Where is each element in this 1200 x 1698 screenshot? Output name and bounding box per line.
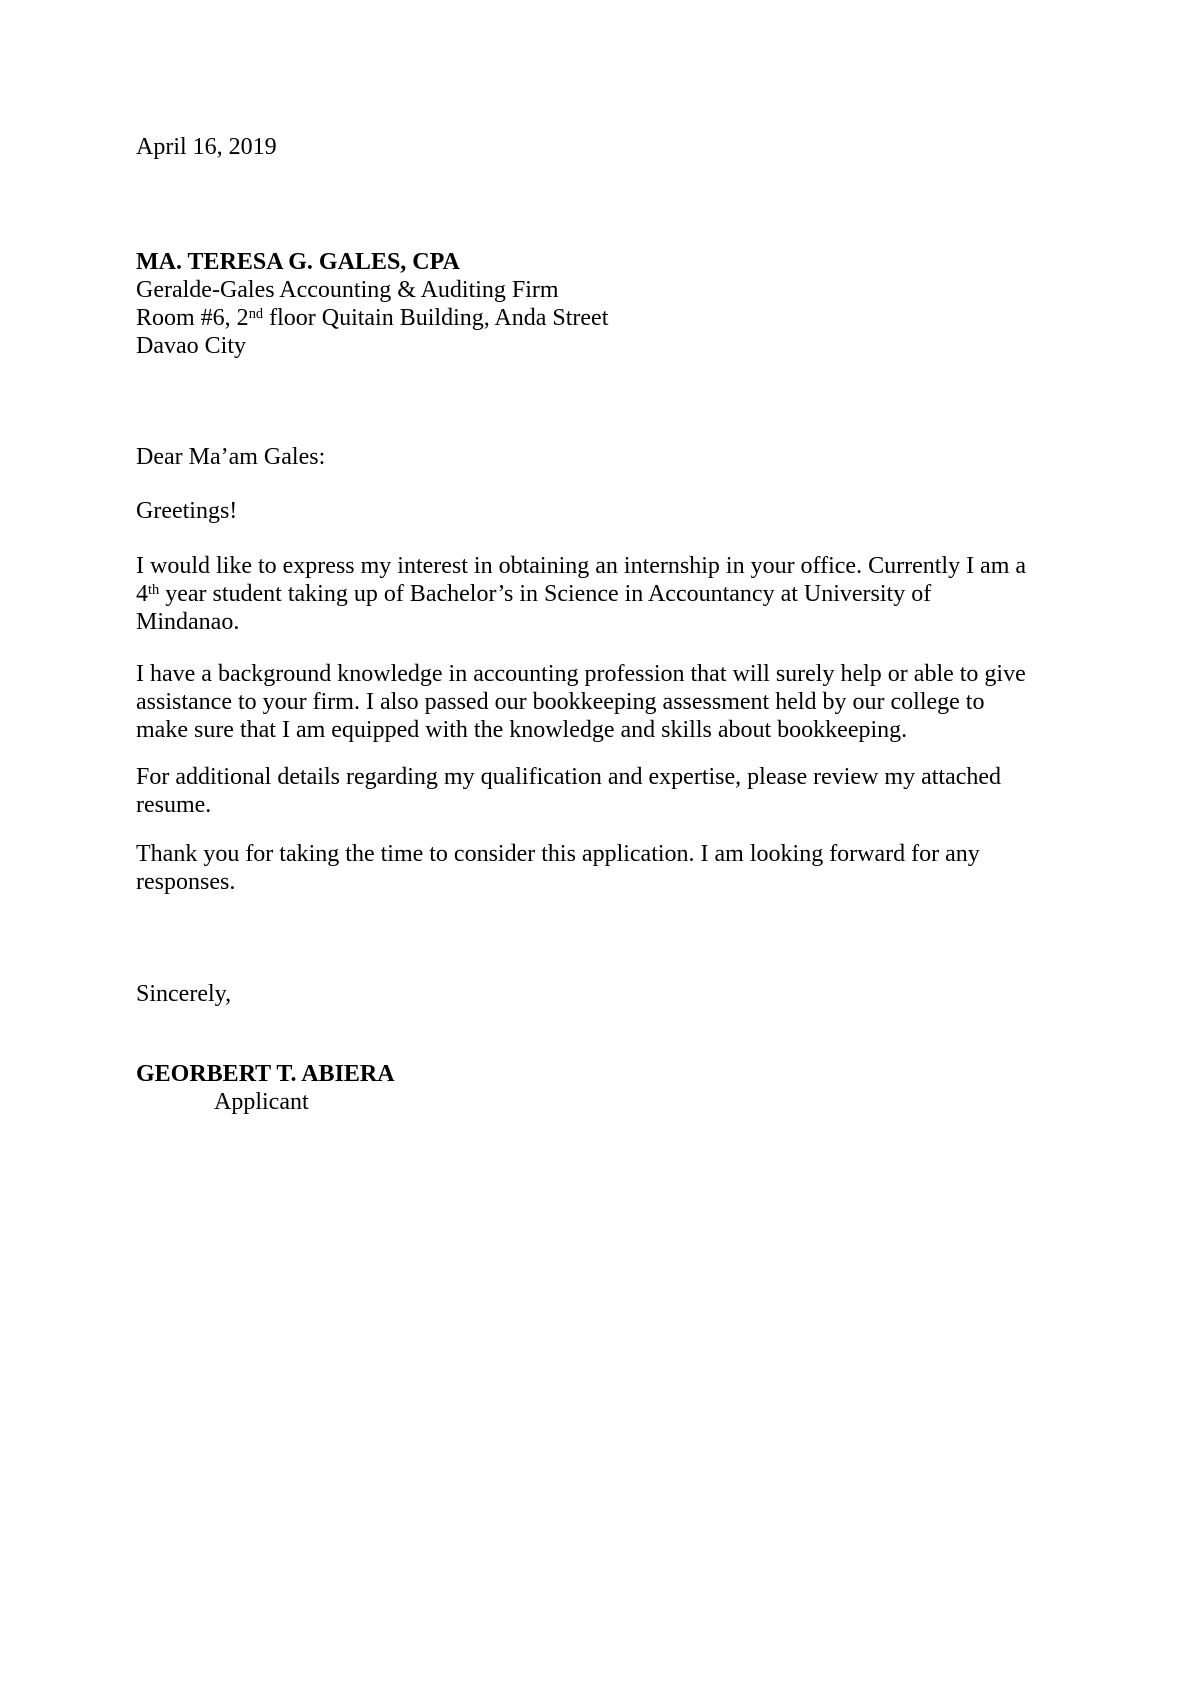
body-paragraph-resume: For additional details regarding my qual… [136,763,1096,819]
signature-name: GEORBERT T. ABIERA [136,1060,1096,1088]
body-paragraph-background: I have a background knowledge in account… [136,660,1096,744]
recipient-city: Davao City [136,332,1096,360]
recipient-name: MA. TERESA G. GALES, CPA [136,248,1096,276]
recipient-block: MA. TERESA G. GALES, CPA Geralde-Gales A… [136,248,1096,360]
body-paragraph-thanks: Thank you for taking the time to conside… [136,840,1096,896]
body-paragraph-intro: I would like to express my interest in o… [136,552,1096,636]
letter-page: April 16, 2019 MA. TERESA G. GALES, CPA … [0,0,1200,1698]
signature-title: Applicant [136,1088,1096,1116]
letter-date: April 16, 2019 [136,133,1096,161]
recipient-company: Geralde-Gales Accounting & Auditing Firm [136,276,1096,304]
recipient-address: Room #6, 2nd floor Quitain Building, And… [136,304,1096,332]
closing-line: Sincerely, [136,980,1096,1008]
salutation-line: Dear Ma’am Gales: [136,443,1096,471]
greeting-line: Greetings! [136,497,1096,525]
signature-block: GEORBERT T. ABIERA Applicant [136,1060,1096,1116]
